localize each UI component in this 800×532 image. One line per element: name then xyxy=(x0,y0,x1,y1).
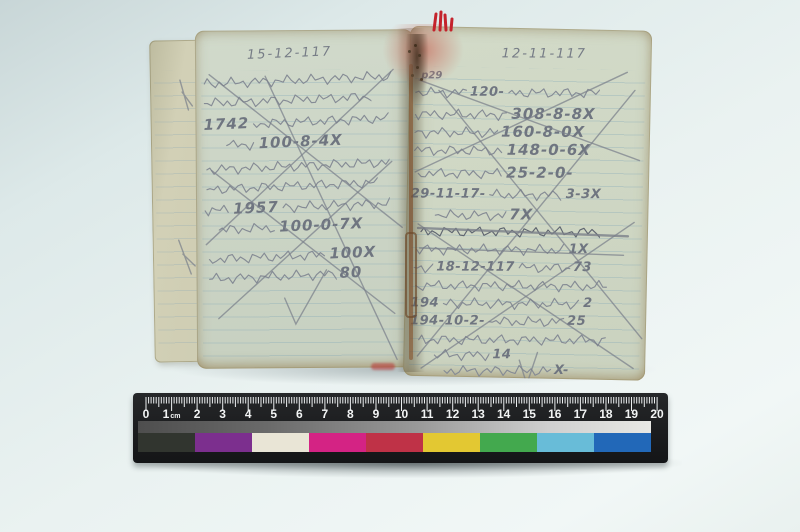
handwriting-line-struck xyxy=(420,224,600,240)
amount-text: 120- xyxy=(470,85,505,100)
color-patch-8 xyxy=(594,433,651,452)
ruler-number: 0 xyxy=(143,407,150,421)
amount-text: 1742 xyxy=(203,114,249,134)
handwriting-script xyxy=(281,195,390,215)
handwriting-line: 120- xyxy=(415,84,600,100)
ruler-number: 4 xyxy=(245,407,252,421)
red-thread-stub xyxy=(428,10,456,32)
ruler-number: 14 xyxy=(497,407,510,421)
photo-backdrop: 15-12-117 1742 100-8-4X 1957 100-0-7X 10… xyxy=(0,0,800,532)
handwriting-script xyxy=(204,201,231,217)
handwriting-script xyxy=(218,219,277,236)
amount-text: 148-0-6X xyxy=(507,141,591,159)
handwriting-script xyxy=(206,174,378,196)
amount-text: 25 xyxy=(567,314,586,329)
ruler-number: 5 xyxy=(270,407,277,421)
handwriting-script xyxy=(206,154,390,177)
color-patch-2 xyxy=(252,433,309,452)
ruler-number: 2 xyxy=(194,407,201,421)
handwriting-script xyxy=(518,260,570,275)
amount-text: 2 xyxy=(583,296,593,311)
amount-text: 3-3X xyxy=(566,187,602,202)
date-text: 29-11-17- xyxy=(411,186,486,201)
color-patch-4 xyxy=(366,433,423,452)
handwriting-line: 1X xyxy=(416,241,589,257)
amount-text: X- xyxy=(554,363,569,378)
amount-text: 100X xyxy=(329,243,377,263)
ruler-number: 12 xyxy=(446,407,459,421)
handwriting-script xyxy=(414,124,498,139)
handwriting-line xyxy=(206,174,378,196)
handwriting-script xyxy=(507,85,599,100)
ruler-unit-label: cm xyxy=(170,413,180,420)
handwriting-script xyxy=(415,278,607,294)
ruler-number: 18 xyxy=(599,407,612,421)
handwriting-script xyxy=(208,246,327,266)
handwriting-script xyxy=(418,332,606,348)
signature-line: X- xyxy=(443,363,569,378)
dark-stain xyxy=(405,34,429,110)
handwriting-script xyxy=(252,110,391,131)
handwriting-line: 194-10-2-25 xyxy=(410,313,586,329)
amount-text: 100-8-4X xyxy=(258,131,343,153)
handwriting-line: 160-8-0X xyxy=(414,122,585,141)
handwriting-line: 1742 xyxy=(203,108,390,134)
ruler-number: 20 xyxy=(650,407,663,421)
handwriting-line: 14 xyxy=(433,347,511,362)
amount-text: 80 xyxy=(339,263,363,282)
handwriting-line xyxy=(203,89,371,111)
handwriting-line: 18-12-11773 xyxy=(413,259,592,275)
handwriting-script xyxy=(416,241,566,257)
handwriting-script xyxy=(414,142,504,157)
handwriting-line xyxy=(206,154,390,177)
handwriting-line: 7X xyxy=(434,205,533,223)
handwriting-script xyxy=(489,187,563,202)
date-text: 15-12-117 xyxy=(247,44,333,63)
ruler-number: 9 xyxy=(373,407,380,421)
handwriting-line xyxy=(203,68,393,91)
handwriting-line: 100-8-4X xyxy=(225,131,343,154)
ruler-number: 8 xyxy=(347,407,354,421)
ruler-number: 16 xyxy=(548,407,561,421)
date-text: 18-12-117 xyxy=(436,260,515,275)
ruler-number: 7 xyxy=(322,407,329,421)
ruler-number: 6 xyxy=(296,407,303,421)
color-patch-6 xyxy=(480,433,537,452)
amount-text: 14 xyxy=(492,347,511,362)
left-page-date: 15-12-117 xyxy=(247,44,333,63)
handwriting-line xyxy=(415,278,607,294)
handwriting-line: 25-2-0- xyxy=(417,163,573,182)
color-patch-1 xyxy=(195,433,252,452)
ruler-number: 19 xyxy=(625,407,638,421)
amount-text: 160-8-0X xyxy=(501,123,585,141)
ruler-number: 17 xyxy=(574,407,587,421)
handwriting-script xyxy=(443,363,551,378)
ruler-number: 11 xyxy=(421,407,434,421)
handwriting-script xyxy=(417,165,503,180)
handwriting-script xyxy=(203,89,371,111)
color-patch-5 xyxy=(423,433,480,452)
amount-text: 7X xyxy=(509,205,533,223)
amount-text: 100-0-7X xyxy=(279,214,364,236)
color-patch-0 xyxy=(138,433,195,452)
color-patch-3 xyxy=(309,433,366,452)
color-calibration-patches xyxy=(138,433,651,452)
amount-text: 1957 xyxy=(233,198,279,218)
handwriting-line: 308-8-8X xyxy=(414,104,595,123)
stain-specks xyxy=(414,44,417,47)
handwriting-script xyxy=(433,347,489,362)
ruler-number: 10 xyxy=(395,407,408,421)
handwriting-line: 148-0-6X xyxy=(414,140,591,159)
ruler-number: 3 xyxy=(219,407,226,421)
handwriting-script xyxy=(225,136,256,152)
handwriting-script xyxy=(420,224,600,240)
handwriting-line xyxy=(418,332,606,348)
ruler-number: 1cm xyxy=(163,407,181,421)
amount-text: 25-2-0- xyxy=(506,164,573,182)
binding-stitch xyxy=(405,232,417,318)
amount-text: 1X xyxy=(569,242,589,257)
handwriting-script xyxy=(203,68,393,91)
handwriting-script xyxy=(208,266,337,286)
handwriting-line: 29-11-17-3-3X xyxy=(411,186,602,202)
amount-text: 194-10-2- xyxy=(410,313,485,328)
date-text: 12-11-117 xyxy=(502,46,587,61)
right-page-date: 12-11-117 xyxy=(502,46,587,61)
red-edge-smudge xyxy=(371,363,395,370)
handwriting-line: 100-0-7X xyxy=(218,214,364,238)
ruler-number: 15 xyxy=(523,407,536,421)
ruler-number: 13 xyxy=(471,407,484,421)
amount-text: 73 xyxy=(573,260,592,275)
handwriting-script xyxy=(488,314,564,329)
measuring-scale-ruler: 01cm234567891011121314151617181920 xyxy=(133,393,668,463)
amount-text: 308-8-8X xyxy=(511,105,595,123)
color-patch-7 xyxy=(537,433,594,452)
handwriting-script xyxy=(434,207,506,222)
handwriting-line: 1942 xyxy=(410,295,592,311)
handwriting-script xyxy=(442,296,580,311)
grayscale-gradient-bar xyxy=(138,421,651,433)
